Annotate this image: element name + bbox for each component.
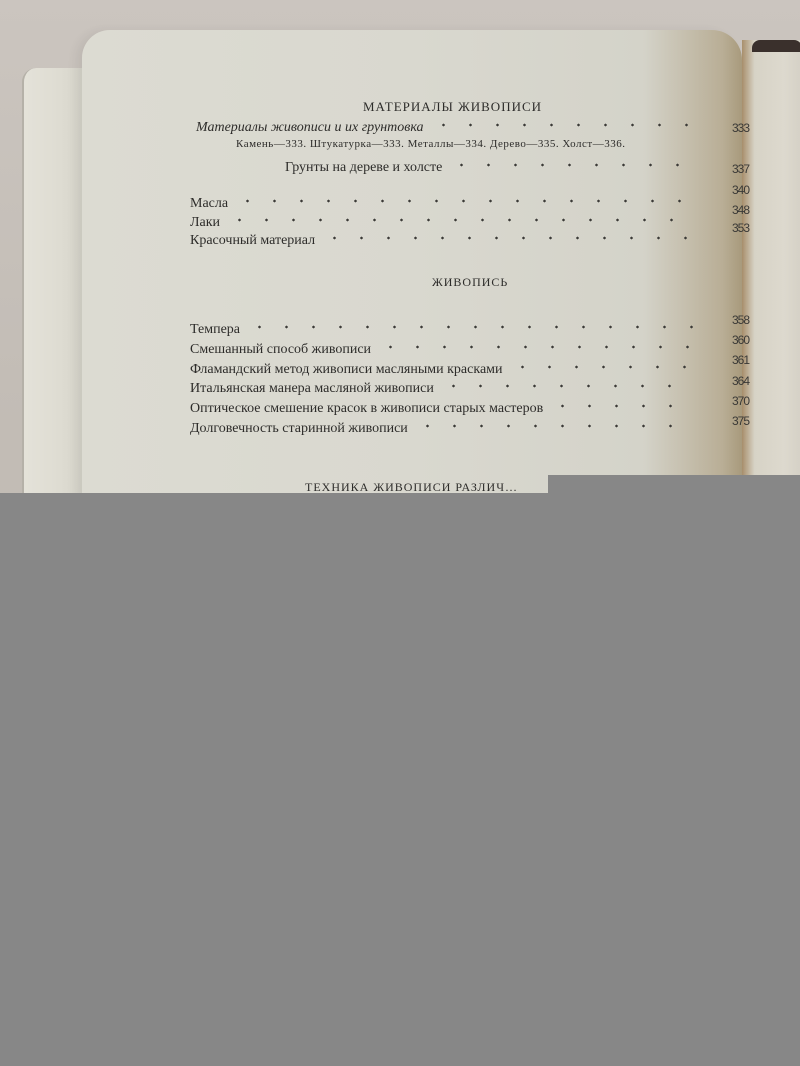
toc-page-number: 370 [732,394,749,408]
toc-entry-label: Смешанный способ живописи [190,342,371,358]
section-title-materials: МАТЕРИАЛЫ ЖИВОПИСИ [363,99,542,115]
toc-entry: Масла [190,196,700,214]
toc-entry-label: Материалы живописи и их грунтовка [196,120,424,136]
toc-entry: Итальянская манера масляной живописи [190,381,700,399]
toc-entry: Красочный материал [190,233,700,251]
toc-entry-label: Грунты на дереве и холсте [285,160,442,176]
toc-page-number: 364 [732,374,749,388]
toc-entry: Грунты на дереве и холсте [285,160,701,178]
dot-leader [321,236,694,240]
toc-entry: Лаки [190,215,700,233]
toc-page-number: 360 [732,333,749,347]
dot-leader [246,325,694,329]
bookmark-tab [752,40,800,52]
toc-entry: Материалы живописи и их грунтовка [196,120,701,138]
dot-leader [440,384,694,388]
book-right-cover [742,40,800,490]
toc-entry-label: Масла [190,196,228,212]
dot-leader [430,123,695,127]
toc-page-number: 340 [732,183,749,197]
toc-page-number: 337 [732,162,749,176]
dot-leader [234,199,694,203]
toc-page-number: 375 [732,414,749,428]
toc-entry-label: Темпера [190,322,240,338]
toc-page-number: 333 [732,121,749,135]
toc-page-number: 361 [732,353,749,367]
section-title-painting: ЖИВОПИСЬ [432,275,508,290]
toc-entry: Оптическое смешение красок в живописи ст… [190,401,700,419]
dot-leader [377,345,694,349]
toc-page-number: 358 [732,313,749,327]
redaction-mask-top [548,475,800,495]
toc-entry-label: Оптическое смешение красок в живописи ст… [190,401,543,417]
back-page-edge [22,68,84,498]
toc-entry: Долговечность старинной живописи [190,421,700,439]
dot-leader [509,365,694,369]
dot-leader [448,163,695,167]
toc-entry: Фламандский метод живописи масляными кра… [190,362,700,380]
dot-leader [226,218,694,222]
toc-page-number: 348 [732,203,749,217]
toc-entry-label: Долговечность старинной живописи [190,421,408,437]
dot-leader [414,424,694,428]
toc-entry: Смешанный способ живописи [190,342,700,360]
toc-entry: Темпера [190,322,700,340]
toc-page-number: 353 [732,221,749,235]
toc-entry-label: Красочный материал [190,233,315,249]
redaction-mask [0,493,800,1066]
toc-entry-label: Итальянская манера масляной живописи [190,381,434,397]
toc-entry-label: Лаки [190,215,220,231]
toc-subitems: Камень—333. Штукатурка—333. Металлы—334.… [236,138,625,150]
toc-entry-label: Фламандский метод живописи масляными кра… [190,362,503,378]
dot-leader [549,404,694,408]
